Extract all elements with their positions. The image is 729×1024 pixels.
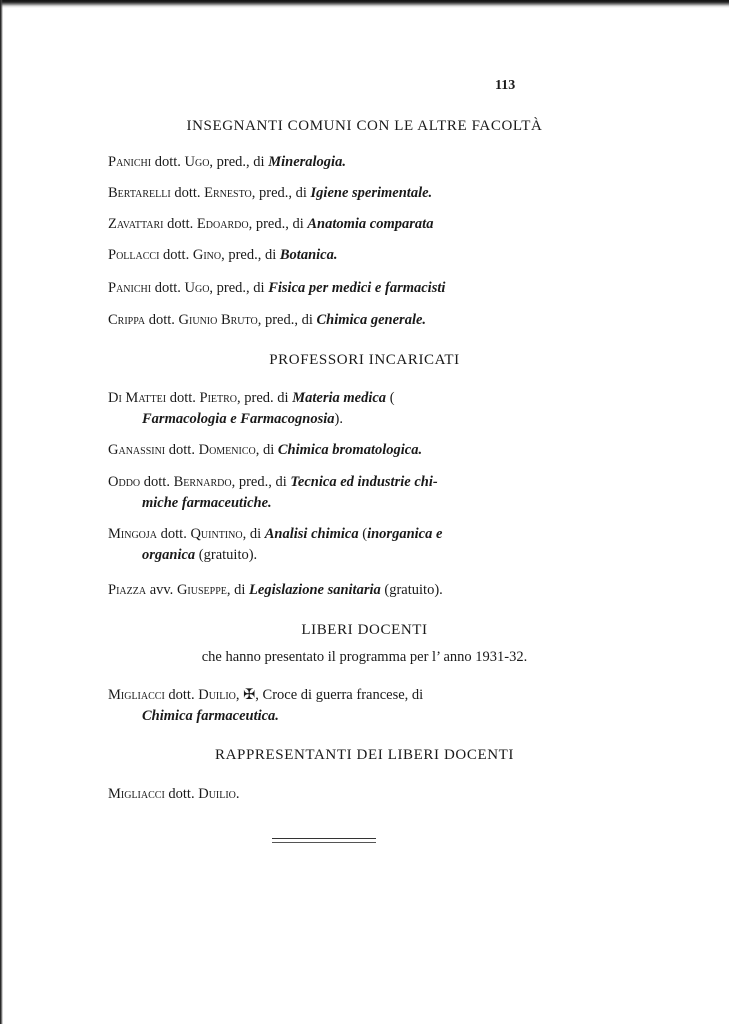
- surname: Zavattari: [108, 216, 163, 232]
- subject: Legislazione sanitaria: [249, 582, 381, 598]
- surname: Crippa: [108, 312, 145, 328]
- surname: Mingoja: [108, 526, 157, 542]
- entry-piazza: Piazza avv. Giuseppe, di Legislazione sa…: [108, 580, 548, 601]
- surname: Migliacci: [108, 687, 165, 703]
- entry-continuation: Farmacologia e Farmacognosia).: [108, 409, 548, 430]
- first-name: Ugo: [185, 280, 210, 296]
- surname: Oddo: [108, 474, 140, 490]
- scan-left-edge: [0, 0, 3, 1024]
- entry-pollacci: Pollacci dott. Gino, pred., di Botanica.: [108, 245, 548, 266]
- surname: Migliacci: [108, 786, 165, 802]
- first-name: Duilio: [198, 687, 236, 703]
- entry-crippa: Crippa dott. Giunio Bruto, pred., di Chi…: [108, 310, 548, 331]
- entry-continuation: miche farmaceutiche.: [108, 493, 548, 514]
- section-heading-insegnanti-comuni: INSEGNANTI COMUNI CON LE ALTRE FACOLTÀ: [0, 118, 729, 135]
- first-name: Ernesto: [204, 185, 252, 201]
- first-name: Ugo: [185, 154, 210, 170]
- section-heading-liberi-docenti: LIBERI DOCENTI: [0, 622, 729, 639]
- first-name: Quintino: [190, 526, 242, 542]
- entry-panichi-mineralogia: Panichi dott. Ugo, pred., di Mineralogia…: [108, 152, 548, 173]
- subject: Tecnica ed industrie chi-: [290, 474, 437, 490]
- subject: Igiene sperimentale.: [311, 185, 433, 201]
- first-name: Domenico: [199, 442, 256, 458]
- subject: Chimica bromatologica.: [278, 442, 422, 458]
- subject: Botanica.: [280, 247, 338, 263]
- subject: Analisi chimica: [265, 526, 359, 542]
- subject: Mineralogia.: [268, 154, 346, 170]
- surname: Panichi: [108, 154, 151, 170]
- first-name: Giunio Bruto: [179, 312, 258, 328]
- subject: Materia medica: [292, 390, 386, 406]
- entry-continuation: Chimica farmaceutica.: [108, 706, 548, 727]
- entry-panichi-fisica: Panichi dott. Ugo, pred., di Fisica per …: [108, 278, 548, 299]
- surname: Di Mattei: [108, 390, 166, 406]
- first-name: Pietro: [200, 390, 238, 406]
- first-name: Gino: [193, 247, 221, 263]
- first-name: Giuseppe: [177, 582, 227, 598]
- entry-continuation: organica (gratuito).: [108, 545, 548, 566]
- first-name: Duilio.: [198, 786, 239, 802]
- surname: Panichi: [108, 280, 151, 296]
- surname: Ganassini: [108, 442, 165, 458]
- page-number: 113: [495, 78, 515, 94]
- entry-di-mattei: Di Mattei dott. Pietro, pred. di Materia…: [108, 388, 548, 430]
- entry-ganassini: Ganassini dott. Domenico, di Chimica bro…: [108, 440, 548, 461]
- entry-zavattari: Zavattari dott. Edoardo, pred., di Anato…: [108, 214, 548, 235]
- section-subtitle: che hanno presentato il programma per l’…: [0, 649, 729, 666]
- first-name: Edoardo: [197, 216, 249, 232]
- subject: Fisica per medici e farmacisti: [268, 280, 445, 296]
- entry-bertarelli: Bertarelli dott. Ernesto, pred., di Igie…: [108, 183, 548, 204]
- surname: Bertarelli: [108, 185, 171, 201]
- section-heading-rappresentanti: RAPPRESENTANTI DEI LIBERI DOCENTI: [0, 747, 729, 764]
- subject: Chimica generale.: [316, 312, 426, 328]
- subject: Anatomia comparata: [307, 216, 433, 232]
- scan-top-edge: [0, 0, 729, 8]
- section-heading-professori-incaricati: PROFESSORI INCARICATI: [0, 352, 729, 369]
- first-name: Bernardo: [174, 474, 232, 490]
- entry-oddo: Oddo dott. Bernardo, pred., di Tecnica e…: [108, 472, 548, 514]
- end-rule-divider: [272, 838, 376, 843]
- surname: Pollacci: [108, 247, 159, 263]
- entry-migliacci-rappresentante: Migliacci dott. Duilio.: [108, 784, 548, 805]
- entry-migliacci-docente: Migliacci dott. Duilio, ✠, Croce di guer…: [108, 685, 548, 727]
- entry-mingoja: Mingoja dott. Quintino, di Analisi chimi…: [108, 524, 548, 566]
- surname: Piazza: [108, 582, 146, 598]
